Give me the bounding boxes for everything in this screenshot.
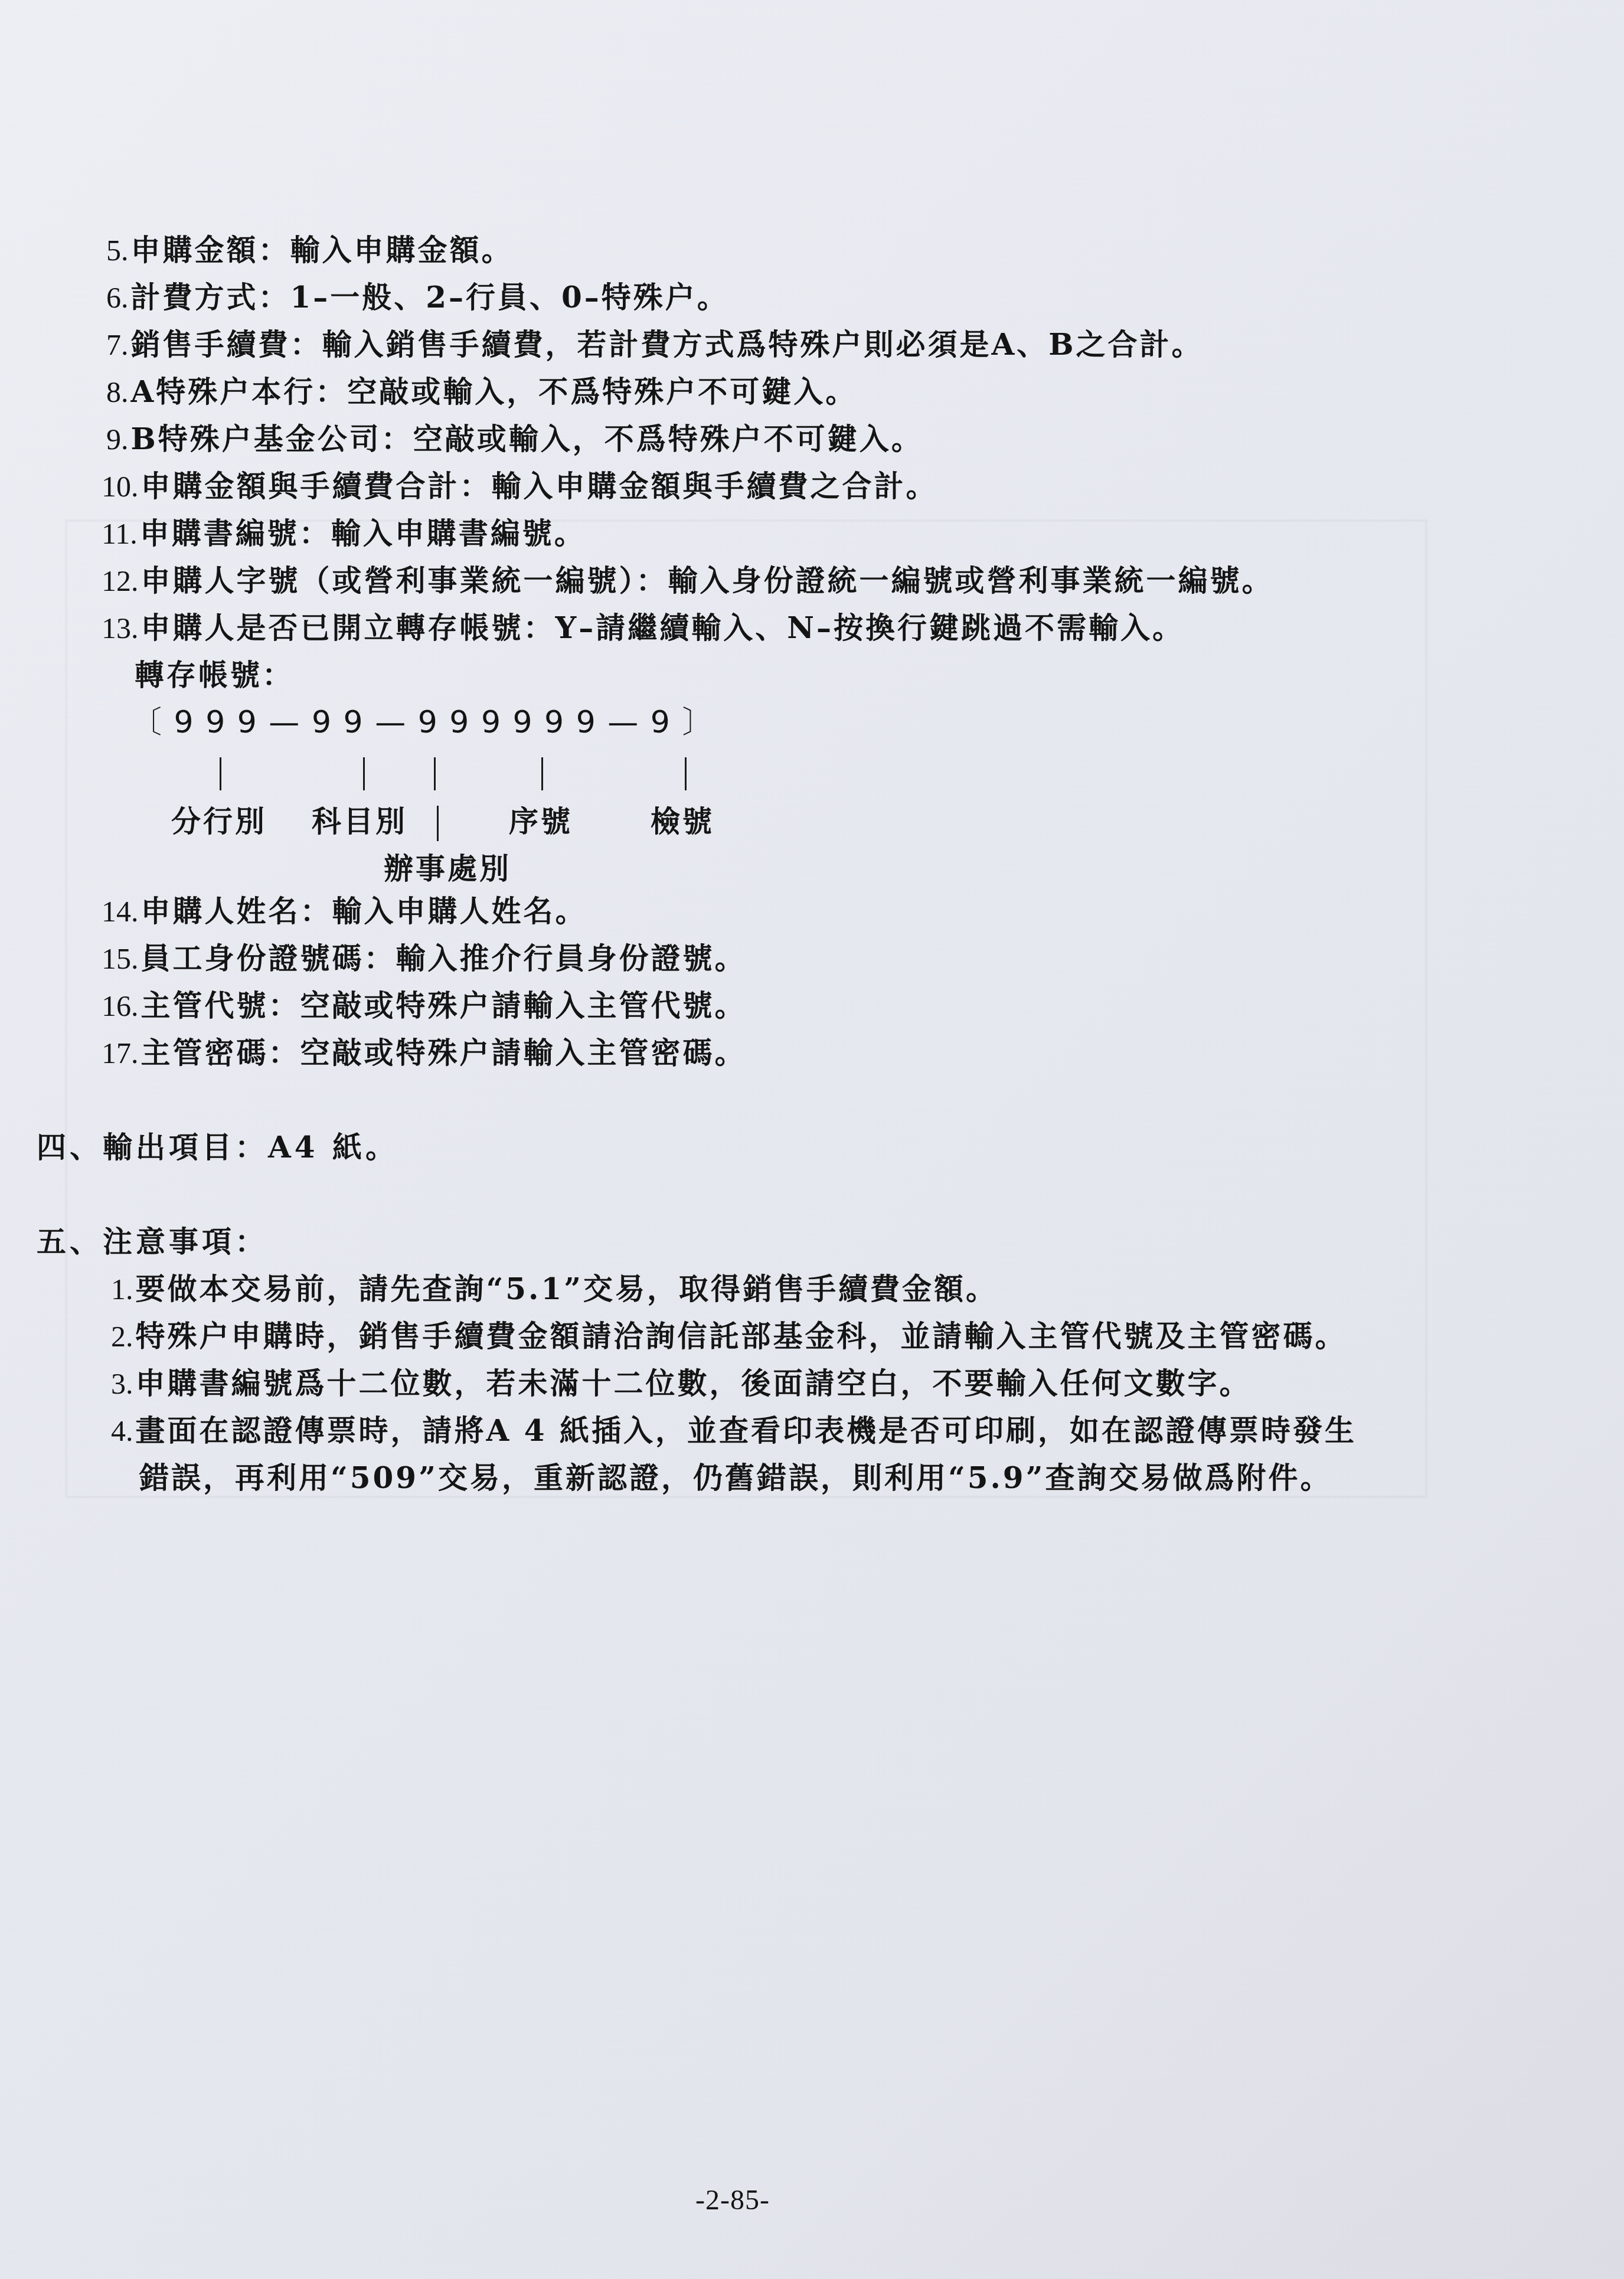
- tick-office-lower: [437, 806, 439, 841]
- label-sequence: 序號: [509, 803, 573, 841]
- label-check: 檢號: [651, 803, 714, 841]
- note-number: 3.: [111, 1367, 133, 1400]
- item-text: 申購金額：輸入申購金額。: [131, 233, 514, 267]
- item-text: A特殊户本行：空敲或輸入，不爲特殊户不可鍵入。: [131, 374, 858, 409]
- item-text: 申購金額與手續費合計：輸入申購金額與手續費之合計。: [141, 469, 938, 503]
- item-number: 7.: [106, 328, 129, 361]
- item-number: 5.: [106, 234, 129, 267]
- tick-subject: [363, 757, 365, 790]
- note-1: 1.要做本交易前，請先查詢“5.1”交易，取得銷售手續費金額。: [111, 1270, 998, 1308]
- note-3: 3.申購書編號爲十二位數，若未滿十二位數，後面請空白，不要輸入任何文數字。: [111, 1365, 1252, 1402]
- note-text: 要做本交易前，請先查詢“5.1”交易，取得銷售手續費金額。: [136, 1271, 998, 1306]
- item-10: 10.申購金額與手續費合計：輸入申購金額與手續費之合計。: [102, 467, 938, 505]
- item-12: 12.申購人字號（或營利事業統一編號）：輸入身份證統一編號或營利事業統一編號。: [102, 562, 1274, 600]
- note-4: 4.畫面在認證傳票時，請將A 4 紙插入，並查看印表機是否可印刷，如在認證傳票時…: [111, 1412, 1357, 1450]
- item-text: 主管代號：空敲或特殊户請輸入主管代號。: [141, 988, 747, 1023]
- item-number: 8.: [106, 375, 129, 408]
- tick-office: [434, 757, 436, 790]
- label-subject: 科目別: [312, 803, 407, 841]
- label-office: 辦事處別: [384, 850, 511, 888]
- item-text: 申購書編號：輸入申購書編號。: [140, 516, 586, 551]
- note-number: 2.: [111, 1320, 133, 1353]
- note-text: 畫面在認證傳票時，請將A 4 紙插入，並查看印表機是否可印刷，如在認證傳票時發生: [136, 1413, 1357, 1448]
- note-4-continuation: 錯誤，再利用“509”交易，重新認證，仍舊錯誤，則利用“5.9”查詢交易做爲附件…: [139, 1459, 1332, 1497]
- item-14: 14.申購人姓名：輸入申購人姓名。: [102, 892, 587, 930]
- section-5-heading: 五、注意事項：: [37, 1223, 268, 1261]
- item-text: 申購人是否已開立轉存帳號：Y–請繼續輸入、N–按換行鍵跳過不需輸入。: [141, 610, 1184, 645]
- item-number: 13.: [102, 612, 139, 645]
- tick-branch: [220, 757, 221, 790]
- note-number: 4.: [111, 1414, 133, 1447]
- item-16: 16.主管代號：空敲或特殊户請輸入主管代號。: [102, 987, 747, 1025]
- note-number: 1.: [111, 1273, 133, 1306]
- item-6: 6.計費方式：1–一般、2–行員、0–特殊户。: [106, 279, 729, 316]
- item-number: 17.: [102, 1036, 139, 1070]
- note-text: 申購書編號爲十二位數，若未滿十二位數，後面請空白，不要輸入任何文數字。: [136, 1366, 1252, 1401]
- item-11: 11.申購書編號：輸入申購書編號。: [102, 515, 586, 552]
- item-number: 10.: [102, 470, 139, 503]
- account-format: 〔 9 9 9 — 9 9 — 9 9 9 9 9 9 — 9 〕: [131, 704, 714, 741]
- item-17: 17.主管密碼：空敲或特殊户請輸入主管密碼。: [102, 1034, 747, 1072]
- item-text: 申購人字號（或營利事業統一編號）：輸入身份證統一編號或營利事業統一編號。: [141, 563, 1274, 598]
- page-number: -2-85-: [695, 2184, 770, 2216]
- item-text: 申購人姓名：輸入申購人姓名。: [141, 894, 587, 928]
- item-number: 9.: [106, 423, 129, 456]
- item-number: 12.: [102, 564, 139, 597]
- item-number: 11.: [102, 517, 138, 550]
- item-number: 14.: [102, 895, 139, 928]
- item-text: 計費方式：1–一般、2–行員、0–特殊户。: [131, 280, 729, 315]
- item-number: 15.: [102, 942, 139, 975]
- note-text: 特殊户申購時，銷售手續費金額請洽詢信託部基金科，並請輸入主管代號及主管密碼。: [136, 1319, 1347, 1353]
- tick-sequence: [541, 757, 543, 790]
- document-page: 5.申購金額：輸入申購金額。 6.計費方式：1–一般、2–行員、0–特殊户。 7…: [0, 0, 1624, 2279]
- item-9: 9.B特殊户基金公司：空敲或輸入，不爲特殊户不可鍵入。: [106, 420, 923, 458]
- label-branch: 分行別: [171, 803, 267, 841]
- item-7: 7.銷售手續費：輸入銷售手續費，若計費方式爲特殊户則必須是A、B之合計。: [106, 326, 1204, 364]
- item-text: 主管密碼：空敲或特殊户請輸入主管密碼。: [141, 1035, 747, 1070]
- item-5: 5.申購金額：輸入申購金額。: [106, 231, 514, 269]
- item-number: 16.: [102, 989, 139, 1022]
- account-diagram-title: 轉存帳號：: [135, 656, 294, 694]
- item-15: 15.員工身份證號碼：輸入推介行員身份證號。: [102, 940, 747, 977]
- item-text: 員工身份證號碼：輸入推介行員身份證號。: [141, 941, 747, 976]
- tick-check: [685, 757, 687, 790]
- note-2: 2.特殊户申購時，銷售手續費金額請洽詢信託部基金科，並請輸入主管代號及主管密碼。: [111, 1317, 1347, 1355]
- item-8: 8.A特殊户本行：空敲或輸入，不爲特殊户不可鍵入。: [106, 373, 857, 411]
- item-number: 6.: [106, 281, 129, 314]
- item-text: B特殊户基金公司：空敲或輸入，不爲特殊户不可鍵入。: [131, 421, 923, 456]
- item-text: 銷售手續費：輸入銷售手續費，若計費方式爲特殊户則必須是A、B之合計。: [131, 327, 1204, 362]
- section-4-heading: 四、輸出項目：A4 紙。: [37, 1129, 398, 1166]
- item-13: 13.申購人是否已開立轉存帳號：Y–請繼續輸入、N–按換行鍵跳過不需輸入。: [102, 609, 1184, 647]
